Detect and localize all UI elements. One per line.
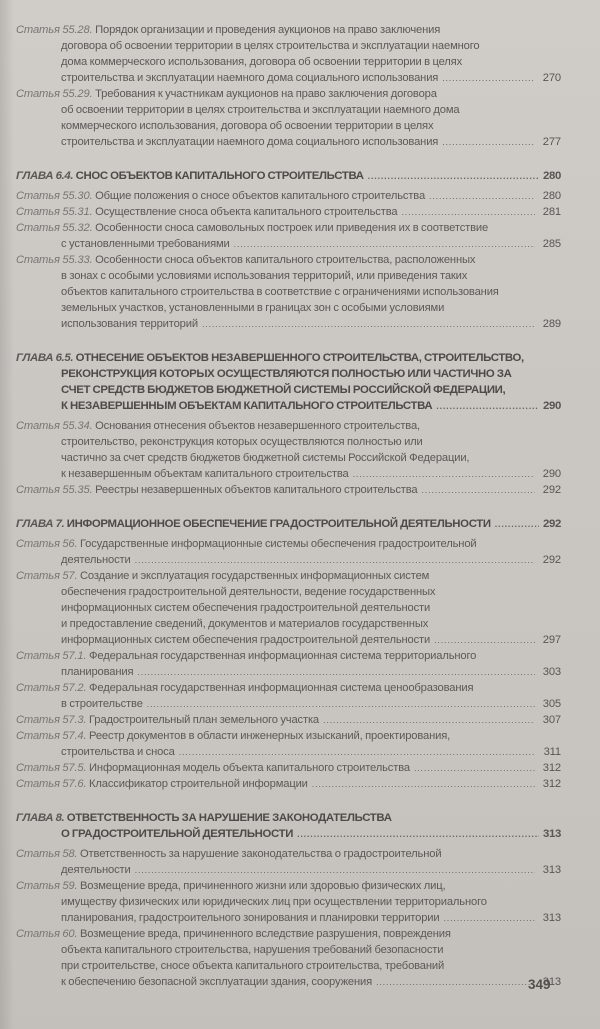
entry-line-text-wrap: земельных участков, установленными в гра… [61, 302, 444, 314]
entry-page-number[interactable]: 277 [539, 134, 561, 150]
entry-line: в зонах с особыми условиями использовани… [16, 268, 561, 284]
entry-line: обеспечения градостроительной деятельнос… [16, 584, 561, 600]
entry-title-text: к незавершенным объектам капитального ст… [61, 468, 349, 480]
entry-line-text-wrap: к незавершенным объектам капитального ст… [61, 466, 349, 482]
article-number: Статья 55.31. [16, 206, 93, 218]
dot-leader [234, 236, 535, 252]
entry-line: Статья 55.32. Особенности сноса самоволь… [16, 220, 561, 236]
entry-line-text-wrap: дома коммерческого использования, догово… [61, 56, 462, 68]
entry-page-number[interactable]: 311 [539, 744, 561, 760]
entry-line: Статья 55.29. Требования к участникам ау… [16, 86, 561, 102]
chapter-number: Глава 8. [16, 812, 64, 824]
entry-page-number[interactable]: 280 [539, 188, 561, 204]
entry-title-text: РЕКОНСТРУКЦИЯ КОТОРЫХ ОСУЩЕСТВЛЯЮТСЯ ПОЛ… [61, 368, 512, 380]
entry-title-text: Ответственность за нарушение законодател… [80, 848, 441, 860]
entry-line-text-wrap: об освоении территории в целях строитель… [61, 104, 459, 116]
article-number: Статья 57.1. [16, 650, 86, 662]
dot-leader [137, 664, 535, 680]
entry-title-text: имуществу физических или юридических лиц… [61, 896, 487, 908]
entry-title-text: ОТВЕТСТВЕННОСТЬ ЗА НАРУШЕНИЕ ЗАКОНОДАТЕЛ… [67, 812, 392, 824]
toc-article-entry[interactable]: Статья 55.31. Осуществление сноса объект… [16, 204, 561, 220]
article-number: Статья 58. [16, 848, 77, 860]
entry-line: информационных систем обеспечения градос… [16, 632, 561, 648]
toc-article-entry[interactable]: Статья 58. Ответственность за нарушение … [16, 846, 561, 878]
entry-line: дома коммерческого использования, догово… [16, 54, 561, 70]
entry-title-text: использования территорий [61, 318, 198, 330]
entry-title-text: Государственные информационные системы о… [80, 538, 477, 550]
entry-title-text: объектов капитального строительства в со… [61, 286, 499, 298]
entry-line: коммерческого использования, договора об… [16, 118, 561, 134]
entry-line: Статья 57.5. Информационная модель объек… [16, 760, 561, 776]
entry-page-number[interactable]: 297 [539, 632, 561, 648]
article-number: Статья 57.5. [16, 762, 86, 774]
entry-line-text-wrap: Статья 55.29. Требования к участникам ау… [16, 88, 437, 100]
entry-line-text-wrap: Статья 58. Ответственность за нарушение … [16, 848, 441, 860]
dot-leader [179, 744, 535, 760]
entry-title-text: деятельности [61, 864, 131, 876]
entry-line-text-wrap: планирования, градостроительного зониров… [61, 910, 440, 926]
article-number: Статья 56. [16, 538, 77, 550]
entry-line: Глава 8. ОТВЕТСТВЕННОСТЬ ЗА НАРУШЕНИЕ ЗА… [16, 810, 561, 826]
entry-line-text-wrap: коммерческого использования, договора об… [61, 120, 433, 132]
article-number: Статья 55.29. [16, 88, 93, 100]
entry-line: Статья 58. Ответственность за нарушение … [16, 846, 561, 862]
entry-title-text: при строительстве, сносе объекта капитал… [61, 960, 444, 972]
entry-title-text: К НЕЗАВЕРШЕННЫМ ОБЪЕКТАМ КАПИТАЛЬНОГО СТ… [61, 400, 432, 412]
dot-leader [135, 552, 535, 568]
entry-title-text: строительство, реконструкция которых осу… [61, 436, 423, 448]
entry-title-text: СЧЕТ СРЕДСТВ БЮДЖЕТОВ БЮДЖЕТНОЙ СИСТЕМЫ … [61, 384, 505, 396]
entry-spacer [16, 498, 561, 516]
article-number: Статья 57. [16, 570, 77, 582]
article-number: Статья 57.3. [16, 714, 86, 726]
entry-page-number[interactable]: 313 [539, 910, 561, 926]
entry-line-text-wrap: Глава 6.4. СНОС ОБЪЕКТОВ КАПИТАЛЬНОГО СТ… [16, 168, 364, 184]
entry-page-number[interactable]: 303 [539, 664, 561, 680]
entry-title-text: договора об освоении территории в целях … [61, 40, 479, 52]
toc-article-entry[interactable]: Статья 57. Создание и эксплуатация госуд… [16, 568, 561, 648]
entry-line-text-wrap: в зонах с особыми условиями использовани… [61, 270, 467, 282]
entry-title-text: деятельности [61, 554, 131, 566]
entry-title-text: Информационная модель объекта капитально… [89, 762, 410, 774]
entry-line-text-wrap: строительства и эксплуатации наемного до… [61, 70, 438, 86]
entry-line: планирования, градостроительного зониров… [16, 910, 561, 926]
toc-chapter-entry[interactable]: Глава 7. ИНФОРМАЦИОННОЕ ОБЕСПЕЧЕНИЕ ГРАД… [16, 516, 561, 532]
toc-article-entry[interactable]: Статья 57.3. Градостроительный план земе… [16, 712, 561, 728]
entry-line-text-wrap: Статья 55.28. Порядок организации и пров… [16, 24, 440, 36]
entry-line: строительства и сноса311 [16, 744, 561, 760]
entry-line: О ГРАДОСТРОИТЕЛЬНОЙ ДЕЯТЕЛЬНОСТИ313 [16, 826, 561, 842]
entry-line-text-wrap: РЕКОНСТРУКЦИЯ КОТОРЫХ ОСУЩЕСТВЛЯЮТСЯ ПОЛ… [61, 368, 512, 380]
entry-line: при строительстве, сносе объекта капитал… [16, 958, 561, 974]
toc-article-entry[interactable]: Статья 55.29. Требования к участникам ау… [16, 86, 561, 150]
entry-title-text: Градостроительный план земельного участк… [89, 714, 319, 726]
entry-line: планирования303 [16, 664, 561, 680]
entry-line-text-wrap: имуществу физических или юридических лиц… [61, 896, 487, 908]
entry-line: имуществу физических или юридических лиц… [16, 894, 561, 910]
dot-leader [444, 910, 536, 926]
entry-title-text: Федеральная государственная информационн… [89, 682, 473, 694]
entry-line: Статья 57.2. Федеральная государственная… [16, 680, 561, 696]
entry-line-text-wrap: Статья 55.31. Осуществление сноса объект… [16, 204, 397, 220]
entry-title-text: Возмещение вреда, причиненного жизни или… [80, 880, 445, 892]
entry-line-text-wrap: Статья 55.33. Особенности сноса объектов… [16, 254, 475, 266]
entry-title-text: строительства и эксплуатации наемного до… [61, 72, 438, 84]
entry-line: Глава 6.4. СНОС ОБЪЕКТОВ КАПИТАЛЬНОГО СТ… [16, 168, 561, 184]
dot-leader [421, 482, 535, 498]
dot-leader [202, 316, 535, 332]
toc-article-entry[interactable]: Статья 60. Возмещение вреда, причиненног… [16, 926, 561, 990]
toc-article-entry[interactable]: Статья 56. Государственные информационны… [16, 536, 561, 568]
entry-title-text: строительства и эксплуатации наемного до… [61, 136, 438, 148]
toc-article-entry[interactable]: Статья 57.2. Федеральная государственная… [16, 680, 561, 712]
dot-leader [436, 398, 539, 414]
article-number: Статья 55.28. [16, 24, 93, 36]
entry-title-text: Возмещение вреда, причиненного вследстви… [80, 928, 451, 940]
entry-title-text: дома коммерческого использования, догово… [61, 56, 462, 68]
entry-line: Статья 59. Возмещение вреда, причиненног… [16, 878, 561, 894]
entry-line-text-wrap: Статья 57.5. Информационная модель объек… [16, 760, 410, 776]
entry-line: Статья 57.3. Градостроительный план земе… [16, 712, 561, 728]
entry-line: Статья 56. Государственные информационны… [16, 536, 561, 552]
entry-title-text: О ГРАДОСТРОИТЕЛЬНОЙ ДЕЯТЕЛЬНОСТИ [61, 828, 293, 840]
article-number: Статья 57.6. [16, 778, 86, 790]
entry-title-text: Требования к участникам аукционов на пра… [95, 88, 437, 100]
entry-line: Глава 7. ИНФОРМАЦИОННОЕ ОБЕСПЕЧЕНИЕ ГРАД… [16, 516, 561, 532]
dot-leader [429, 188, 535, 204]
entry-title-text: ОТНЕСЕНИЕ ОБЪЕКТОВ НЕЗАВЕРШЕННОГО СТРОИТ… [76, 352, 524, 364]
toc-article-entry[interactable]: Статья 57.4. Реестр документов в области… [16, 728, 561, 760]
entry-title-text: с установленными требованиями [61, 238, 230, 250]
entry-line-text-wrap: Глава 6.5. ОТНЕСЕНИЕ ОБЪЕКТОВ НЕЗАВЕРШЕН… [16, 352, 524, 364]
entry-title-text: Общие положения о сносе объектов капитал… [95, 190, 425, 202]
dot-leader [442, 134, 535, 150]
entry-line-text-wrap: Глава 7. ИНФОРМАЦИОННОЕ ОБЕСПЕЧЕНИЕ ГРАД… [16, 516, 491, 532]
entry-title-text: Осуществление сноса объекта капитального… [95, 206, 397, 218]
entry-line: Статья 57. Создание и эксплуатация госуд… [16, 568, 561, 584]
dot-leader [376, 974, 535, 990]
dot-leader [297, 826, 539, 842]
entry-line: объектов капитального строительства в со… [16, 284, 561, 300]
entry-line: Статья 57.1. Федеральная государственная… [16, 648, 561, 664]
toc-article-entry[interactable]: Статья 55.34. Основания отнесения объект… [16, 418, 561, 482]
dot-leader [414, 760, 535, 776]
entry-line-text-wrap: О ГРАДОСТРОИТЕЛЬНОЙ ДЕЯТЕЛЬНОСТИ [61, 826, 293, 842]
entry-line-text-wrap: Глава 8. ОТВЕТСТВЕННОСТЬ ЗА НАРУШЕНИЕ ЗА… [16, 812, 392, 824]
entry-line-text-wrap: информационных систем обеспечения градос… [61, 632, 430, 648]
entry-line-text-wrap: строительство, реконструкция которых осу… [61, 436, 423, 448]
page-fold-shadow [0, 0, 14, 1029]
entry-line-text-wrap: Статья 59. Возмещение вреда, причиненног… [16, 880, 445, 892]
entry-line-text-wrap: и предоставление сведений, документов и … [61, 618, 428, 630]
entry-line-text-wrap: Статья 57.4. Реестр документов в области… [16, 730, 450, 742]
entry-title-text: Создание и эксплуатация государственных … [80, 570, 429, 582]
entry-title-text: Особенности сноса самовольных построек и… [95, 222, 488, 234]
article-number: Статья 55.34. [16, 420, 93, 432]
entry-line-text-wrap: деятельности [61, 552, 131, 568]
entry-line: Статья 60. Возмещение вреда, причиненног… [16, 926, 561, 942]
entry-page-number[interactable]: 292 [539, 516, 561, 532]
entry-title-text: к обеспечению безопасной эксплуатации зд… [61, 976, 372, 988]
article-number: Статья 55.32. [16, 222, 93, 234]
chapter-number: Глава 7. [16, 518, 64, 530]
article-number: Статья 57.2. [16, 682, 86, 694]
entry-page-number[interactable]: 312 [539, 776, 561, 792]
entry-line-text-wrap: использования территорий [61, 316, 198, 332]
entry-title-text: в строительстве [61, 698, 143, 710]
entry-title-text: информационных систем обеспечения градос… [61, 602, 430, 614]
entry-page-number[interactable]: 281 [539, 204, 561, 220]
entry-line: об освоении территории в целях строитель… [16, 102, 561, 118]
article-number: Статья 55.30. [16, 190, 93, 202]
entry-title-text: Реестр документов в области инженерных и… [89, 730, 450, 742]
entry-line: в строительстве305 [16, 696, 561, 712]
entry-line: Статья 55.33. Особенности сноса объектов… [16, 252, 561, 268]
entry-page-number[interactable]: 307 [539, 712, 561, 728]
toc-article-entry[interactable]: Статья 55.33. Особенности сноса объектов… [16, 252, 561, 332]
dot-leader [368, 168, 539, 184]
entry-line: строительство, реконструкция которых осу… [16, 434, 561, 450]
article-number: Статья 55.35. [16, 484, 93, 496]
entry-line-text-wrap: Статья 56. Государственные информационны… [16, 538, 477, 550]
entry-title-text: планирования, градостроительного зониров… [61, 912, 440, 924]
entry-title-text: Порядок организации и проведения аукцион… [95, 24, 440, 36]
entry-line: объекта капитального строительства, нару… [16, 942, 561, 958]
entry-page-number[interactable]: 290 [539, 398, 561, 414]
entry-spacer [16, 150, 561, 168]
entry-line: Статья 55.28. Порядок организации и пров… [16, 22, 561, 38]
dot-leader [442, 70, 535, 86]
entry-title-text: Реестры незавершенных объектов капитальн… [95, 484, 417, 496]
entry-page-number[interactable]: 313 [539, 826, 561, 842]
toc-article-entry[interactable]: Статья 59. Возмещение вреда, причиненног… [16, 878, 561, 926]
toc-article-entry[interactable]: Статья 57.5. Информационная модель объек… [16, 760, 561, 776]
entry-line-text-wrap: Статья 55.35. Реестры незавершенных объе… [16, 482, 417, 498]
entry-line-text-wrap: планирования [61, 664, 133, 680]
entry-title-text: Классификатор строительной информации [89, 778, 308, 790]
entry-title-text: СНОС ОБЪЕКТОВ КАПИТАЛЬНОГО СТРОИТЕЛЬСТВА [76, 170, 364, 182]
entry-title-text: обеспечения градостроительной деятельнос… [61, 586, 435, 598]
entry-line: СЧЕТ СРЕДСТВ БЮДЖЕТОВ БЮДЖЕТНОЙ СИСТЕМЫ … [16, 382, 561, 398]
dot-leader [353, 466, 535, 482]
entry-line: Глава 6.5. ОТНЕСЕНИЕ ОБЪЕКТОВ НЕЗАВЕРШЕН… [16, 350, 561, 366]
entry-line: деятельности292 [16, 552, 561, 568]
entry-line-text-wrap: объектов капитального строительства в со… [61, 286, 499, 298]
entry-line-text-wrap: деятельности [61, 862, 131, 878]
entry-title-text: информационных систем обеспечения градос… [61, 634, 430, 646]
dot-leader [323, 712, 535, 728]
dot-leader [495, 516, 539, 532]
entry-line-text-wrap: Статья 60. Возмещение вреда, причиненног… [16, 928, 451, 940]
entry-line: и предоставление сведений, документов и … [16, 616, 561, 632]
entry-line-text-wrap: Статья 55.34. Основания отнесения объект… [16, 420, 420, 432]
entry-line: к обеспечению безопасной эксплуатации зд… [16, 974, 561, 990]
entry-title-text: планирования [61, 666, 133, 678]
article-number: Статья 59. [16, 880, 77, 892]
entry-line-text-wrap: в строительстве [61, 696, 143, 712]
entry-line: Статья 55.34. Основания отнесения объект… [16, 418, 561, 434]
entry-title-text: объекта капитального строительства, нару… [61, 944, 443, 956]
entry-line-text-wrap: Статья 55.30. Общие положения о сносе об… [16, 188, 425, 204]
toc-chapter-entry[interactable]: Глава 6.5. ОТНЕСЕНИЕ ОБЪЕКТОВ НЕЗАВЕРШЕН… [16, 350, 561, 414]
article-number: Статья 57.4. [16, 730, 86, 742]
entry-title-text: в зонах с особыми условиями использовани… [61, 270, 467, 282]
entry-line-text-wrap: строительства и сноса [61, 744, 175, 760]
entry-line: Статья 55.35. Реестры незавершенных объе… [16, 482, 561, 498]
dot-leader [135, 862, 535, 878]
entry-line-text-wrap: при строительстве, сносе объекта капитал… [61, 960, 444, 972]
entry-title-text: коммерческого использования, договора об… [61, 120, 433, 132]
entry-spacer [16, 332, 561, 350]
entry-line-text-wrap: строительства и эксплуатации наемного до… [61, 134, 438, 150]
entry-line-text-wrap: Статья 57.1. Федеральная государственная… [16, 650, 476, 662]
toc-chapter-entry[interactable]: Глава 8. ОТВЕТСТВЕННОСТЬ ЗА НАРУШЕНИЕ ЗА… [16, 810, 561, 842]
article-number: Статья 55.33. [16, 254, 93, 266]
entry-page-number[interactable]: 285 [539, 236, 561, 252]
entry-line: Статья 55.30. Общие положения о сносе об… [16, 188, 561, 204]
dot-leader [401, 204, 535, 220]
entry-title-text: частично за счет средств бюджетов бюджет… [61, 452, 469, 464]
entry-line: Статья 55.31. Осуществление сноса объект… [16, 204, 561, 220]
entry-line-text-wrap: Статья 57.6. Классификатор строительной … [16, 776, 308, 792]
chapter-number: Глава 6.5. [16, 352, 73, 364]
entry-line-text-wrap: договора об освоении территории в целях … [61, 40, 479, 52]
entry-line-text-wrap: СЧЕТ СРЕДСТВ БЮДЖЕТОВ БЮДЖЕТНОЙ СИСТЕМЫ … [61, 384, 505, 396]
entry-page-number[interactable]: 280 [539, 168, 561, 184]
entry-page-number[interactable]: 290 [539, 466, 561, 482]
dot-leader [147, 696, 535, 712]
entry-line: РЕКОНСТРУКЦИЯ КОТОРЫХ ОСУЩЕСТВЛЯЮТСЯ ПОЛ… [16, 366, 561, 382]
article-number: Статья 60. [16, 928, 77, 940]
entry-line: деятельности313 [16, 862, 561, 878]
entry-line: с установленными требованиями285 [16, 236, 561, 252]
entry-line: строительства и эксплуатации наемного до… [16, 134, 561, 150]
entry-line-text-wrap: обеспечения градостроительной деятельнос… [61, 586, 435, 598]
entry-page-number[interactable]: 292 [539, 482, 561, 498]
entry-title-text: земельных участков, установленными в гра… [61, 302, 444, 314]
entry-title-text: Федеральная государственная информационн… [89, 650, 476, 662]
entry-title-text: ИНФОРМАЦИОННОЕ ОБЕСПЕЧЕНИЕ ГРАДОСТРОИТЕЛ… [67, 518, 491, 530]
entry-line-text-wrap: частично за счет средств бюджетов бюджет… [61, 452, 469, 464]
toc-article-entry[interactable]: Статья 57.6. Классификатор строительной … [16, 776, 561, 792]
toc-article-entry[interactable]: Статья 55.30. Общие положения о сносе об… [16, 188, 561, 204]
entry-line-text-wrap: информационных систем обеспечения градос… [61, 602, 430, 614]
dot-leader [434, 632, 535, 648]
toc-article-entry[interactable]: Статья 55.28. Порядок организации и пров… [16, 22, 561, 86]
entry-page-number[interactable]: 313 [539, 862, 561, 878]
entry-title-text: об освоении территории в целях строитель… [61, 104, 459, 116]
entry-line: строительства и эксплуатации наемного до… [16, 70, 561, 86]
toc-article-entry[interactable]: Статья 55.32. Особенности сноса самоволь… [16, 220, 561, 252]
toc-article-entry[interactable]: Статья 55.35. Реестры незавершенных объе… [16, 482, 561, 498]
entry-page-number[interactable]: 305 [539, 696, 561, 712]
entry-line: использования территорий289 [16, 316, 561, 332]
entry-title-text: и предоставление сведений, документов и … [61, 618, 428, 630]
entry-line-text-wrap: объекта капитального строительства, нару… [61, 944, 443, 956]
dot-leader [312, 776, 535, 792]
entry-page-number[interactable]: 292 [539, 552, 561, 568]
entry-line-text-wrap: Статья 57. Создание и эксплуатация госуд… [16, 570, 429, 582]
entry-line: земельных участков, установленными в гра… [16, 300, 561, 316]
entry-line-text-wrap: Статья 57.3. Градостроительный план земе… [16, 712, 319, 728]
entry-page-number[interactable]: 270 [539, 70, 561, 86]
entry-line-text-wrap: Статья 55.32. Особенности сноса самоволь… [16, 222, 488, 234]
toc-article-entry[interactable]: Статья 57.1. Федеральная государственная… [16, 648, 561, 680]
entry-page-number[interactable]: 289 [539, 316, 561, 332]
toc-chapter-entry[interactable]: Глава 6.4. СНОС ОБЪЕКТОВ КАПИТАЛЬНОГО СТ… [16, 168, 561, 184]
entry-page-number[interactable]: 312 [539, 760, 561, 776]
entry-title-text: строительства и сноса [61, 746, 175, 758]
entry-line: частично за счет средств бюджетов бюджет… [16, 450, 561, 466]
entry-line-text-wrap: с установленными требованиями [61, 236, 230, 252]
entry-line-text-wrap: к обеспечению безопасной эксплуатации зд… [61, 974, 372, 990]
entry-line: информационных систем обеспечения градос… [16, 600, 561, 616]
table-of-contents: Статья 55.28. Порядок организации и пров… [16, 22, 561, 990]
chapter-number: Глава 6.4. [16, 170, 73, 182]
entry-title-text: Особенности сноса объектов капитального … [95, 254, 475, 266]
entry-spacer [16, 792, 561, 810]
entry-line: К НЕЗАВЕРШЕННЫМ ОБЪЕКТАМ КАПИТАЛЬНОГО СТ… [16, 398, 561, 414]
entry-title-text: Основания отнесения объектов незавершенн… [95, 420, 420, 432]
entry-line: Статья 57.4. Реестр документов в области… [16, 728, 561, 744]
entry-line: Статья 57.6. Классификатор строительной … [16, 776, 561, 792]
page-number: 349 [528, 977, 551, 992]
entry-line: к незавершенным объектам капитального ст… [16, 466, 561, 482]
entry-line-text-wrap: К НЕЗАВЕРШЕННЫМ ОБЪЕКТАМ КАПИТАЛЬНОГО СТ… [61, 398, 432, 414]
entry-line: договора об освоении территории в целях … [16, 38, 561, 54]
entry-line-text-wrap: Статья 57.2. Федеральная государственная… [16, 682, 473, 694]
